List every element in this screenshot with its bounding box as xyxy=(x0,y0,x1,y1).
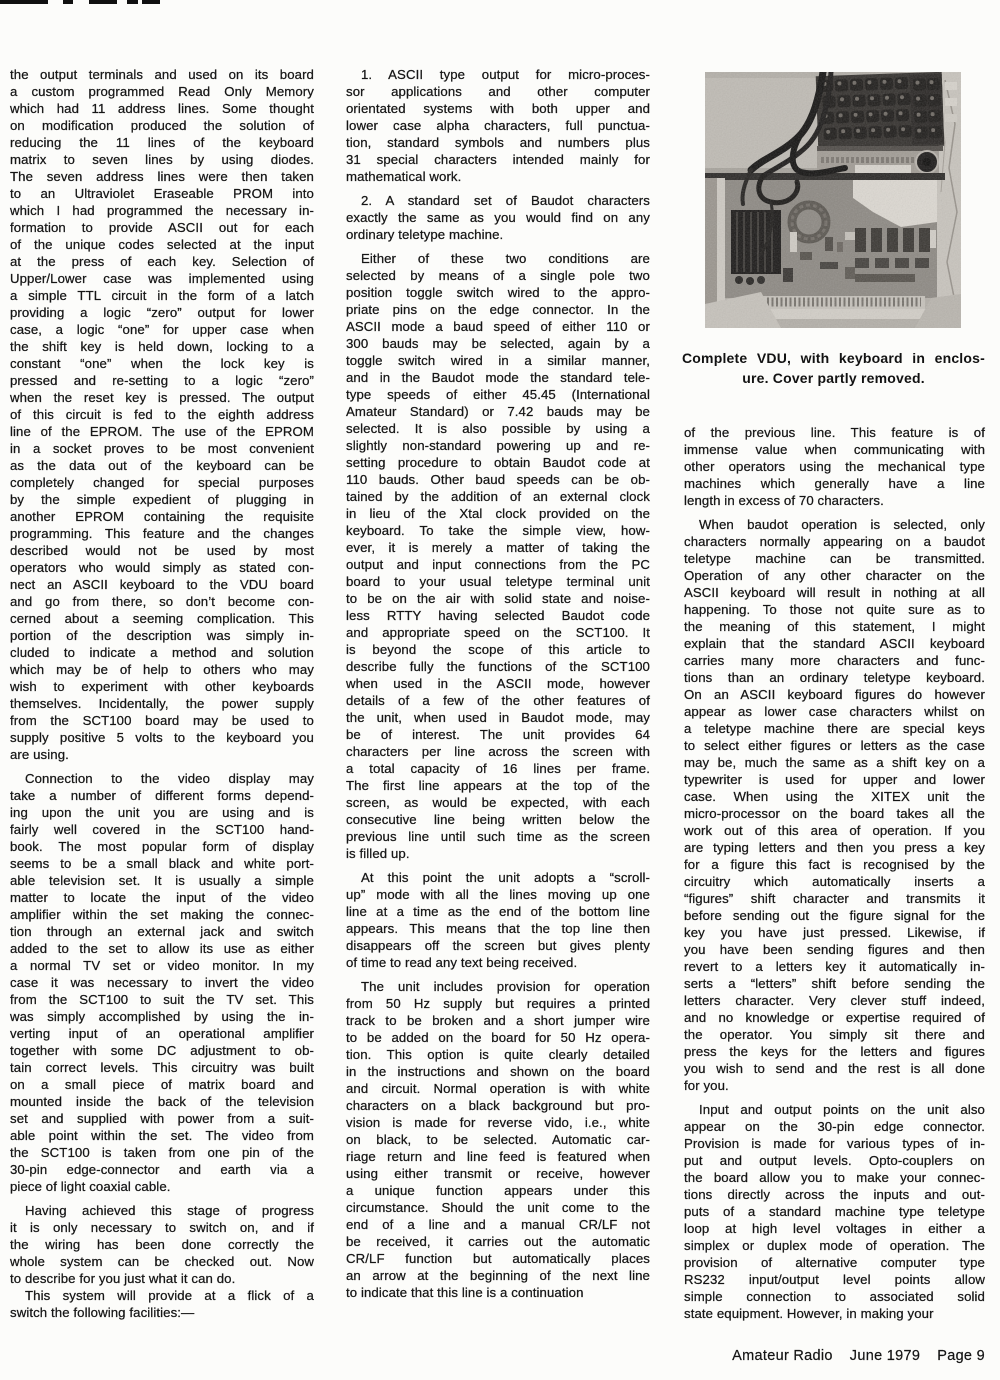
text-line: programming. This feature and the change… xyxy=(10,525,314,542)
text-line: ever, it is merely a matter of taking th… xyxy=(346,539,650,556)
paragraph: Input and output points on the unit also… xyxy=(684,1101,985,1322)
photo-grain xyxy=(705,72,961,328)
print-artifact xyxy=(127,0,138,4)
photo-caption: Complete VDU, with keyboard in enclos- u… xyxy=(682,348,985,388)
text-line: 2. A standard set of Baudot characters xyxy=(346,192,650,209)
text-line: together with some DC adjustment to ob- xyxy=(10,1042,314,1059)
text-line: toggle switch wired in a similar manner, xyxy=(346,352,650,369)
text-line: constant “one” when the lock key is xyxy=(10,355,314,372)
text-line: letters character. Very clever stuff ind… xyxy=(684,992,985,1009)
text-line: and appropriate speed on the SCT100. It xyxy=(346,624,650,641)
text-line: seems to be a small black and white port… xyxy=(10,855,314,872)
text-line: cluded to indicate a method and solution xyxy=(10,644,314,661)
text-line: be of interest. The unit provides 64 xyxy=(346,726,650,743)
text-line: set and supplied with power from a suit- xyxy=(10,1110,314,1127)
text-line: describe fully the functions of the SCT1… xyxy=(346,658,650,675)
text-line: whole system can be checked out. Now xyxy=(10,1253,314,1270)
text-line: tain correct levels. This circuitry was … xyxy=(10,1059,314,1076)
text-line: are using. xyxy=(10,746,314,763)
text-line: for you. xyxy=(684,1077,985,1094)
text-line: be received, it carries out the automati… xyxy=(346,1233,650,1250)
text-line: a normal TV set or video monitor. In my xyxy=(10,957,314,974)
text-line: output and input connections from the PC xyxy=(346,556,650,573)
text-line: on a small piece of matrix board and xyxy=(10,1076,314,1093)
print-artifact xyxy=(63,0,73,4)
text-line: keyboard. To take the simple view, how- xyxy=(346,522,650,539)
text-line: setting procedure to obtain Baudot code … xyxy=(346,454,650,471)
text-line: Having achieved this stage of progress xyxy=(10,1202,314,1219)
text-line: press the keys for the letters and figur… xyxy=(684,1043,985,1060)
text-line: it is only necessary to switch on, and i… xyxy=(10,1219,314,1236)
text-line: the operator. You simply sit there and xyxy=(684,1026,985,1043)
caption-line: ure. Cover partly removed. xyxy=(682,368,985,388)
text-line: the meaning of this statement, I might xyxy=(684,618,985,635)
text-line: a simple TTL circuit in the form of a la… xyxy=(10,287,314,304)
paragraph: Having achieved this stage of progressit… xyxy=(10,1202,314,1287)
text-line: track to be broken and a short jumper wi… xyxy=(346,1012,650,1029)
text-line: other operators using the mechanical typ… xyxy=(684,458,985,475)
text-line: CR/LF function but automatically places xyxy=(346,1250,650,1267)
text-line: Amateur Standard) or 7.42 bauds may be xyxy=(346,403,650,420)
text-line: vision is made for reverse vido, i.e., w… xyxy=(346,1114,650,1131)
text-line: When baudot operation is selected, only xyxy=(684,516,985,533)
print-artifact xyxy=(89,0,117,4)
text-line: on black, to be selected. Automatic car- xyxy=(346,1131,650,1148)
text-line: before sending out the figure signal for… xyxy=(684,907,985,924)
text-line: details of a few of the other features o… xyxy=(346,692,650,709)
paragraph: At this point the unit adopts a “scroll-… xyxy=(346,869,650,971)
text-line: switch the following facilities:— xyxy=(10,1304,314,1321)
text-line: up” mode with all the lines moving up on… xyxy=(346,886,650,903)
text-line: was simply accomplished by using the in- xyxy=(10,1008,314,1025)
text-line: loop at high level voltages in either a xyxy=(684,1220,985,1237)
text-line: tions than an ordinary teletype keyboard… xyxy=(684,669,985,686)
paragraph: 1. ASCII type output for micro-proces-so… xyxy=(346,66,650,185)
text-line: when used in the ASCII mode, however xyxy=(346,675,650,692)
text-line: On an ASCII keyboard figures do however xyxy=(684,686,985,703)
paragraph: Connection to the video display maytake … xyxy=(10,770,314,1195)
text-line: is filled up. xyxy=(346,845,650,862)
text-line: typewriter is used for upper and lower xyxy=(684,771,985,788)
text-line: Input and output points on the unit also xyxy=(684,1101,985,1118)
text-line: you have been sending figures and then xyxy=(684,941,985,958)
text-line: line at a time as the end of the bottom … xyxy=(346,903,650,920)
text-line: puts of a standard machine type teletype xyxy=(684,1203,985,1220)
text-line: priate pins on the edge connector. In th… xyxy=(346,301,650,318)
text-line: selected by means of a single pole two xyxy=(346,267,650,284)
print-artifact xyxy=(0,0,48,4)
text-line: riage return and line feed is featured w… xyxy=(346,1148,650,1165)
text-line: “figures” shift character and transmits … xyxy=(684,890,985,907)
text-line: immense value when communicating with xyxy=(684,441,985,458)
text-line: which may be of help to others who may xyxy=(10,661,314,678)
text-line: as the data out of the keyboard can be xyxy=(10,457,314,474)
text-line: by the simple expedient of plugging in xyxy=(10,491,314,508)
text-line: amplifier within the set making the conn… xyxy=(10,906,314,923)
text-line: able point within the set. The video fro… xyxy=(10,1127,314,1144)
text-line: characters on a black background but pro… xyxy=(346,1097,650,1114)
text-line: case. When using the XITEX unit the xyxy=(684,788,985,805)
paragraph: When baudot operation is selected, onlyc… xyxy=(684,516,985,1094)
text-line: simple connection to associated solid xyxy=(684,1288,985,1305)
text-line: you wish to send and the rest is all don… xyxy=(684,1060,985,1077)
text-line: lower case alpha characters, full punctu… xyxy=(346,117,650,134)
text-line: on modification produced the solution of xyxy=(10,117,314,134)
text-line: of this circuit is fed to the eighth add… xyxy=(10,406,314,423)
paragraph: This system will provide at a flick of a… xyxy=(10,1287,314,1321)
paragraph: 2. A standard set of Baudot charactersex… xyxy=(346,192,650,243)
text-line: and no knowledge or expertise required o… xyxy=(684,1009,985,1026)
text-line: disappears off the screen but gives plen… xyxy=(346,937,650,954)
text-line: formation to provide ASCII out for each xyxy=(10,219,314,236)
text-line: length in excess of 70 characters. xyxy=(684,492,985,509)
text-line: in a socket proves to be most convenient xyxy=(10,440,314,457)
text-line: for a figure this fact is recognised by … xyxy=(684,856,985,873)
text-line: mounted inside the back of the televisio… xyxy=(10,1093,314,1110)
text-line: exactly the same as you would find on an… xyxy=(346,209,650,226)
text-line: RS232 input/output level points allow xyxy=(684,1271,985,1288)
text-line: characters per line across the screen wi… xyxy=(346,743,650,760)
text-line: are typing letters and then you press a … xyxy=(684,839,985,856)
text-line: and in the Baudot mode the standard tele… xyxy=(346,369,650,386)
text-line: The seven address lines were then taken xyxy=(10,168,314,185)
text-line: ordinary teletype machine. xyxy=(346,226,650,243)
text-line: fairly well covered in the SCT100 hand- xyxy=(10,821,314,838)
text-line: which had 11 address lines. Some thought xyxy=(10,100,314,117)
text-line: portion of the description was simply in… xyxy=(10,627,314,644)
caption-line: Complete VDU, with keyboard in enclos- xyxy=(682,348,985,368)
text-line: teletype machine can be transmitted. xyxy=(684,550,985,567)
text-line: The first line appears at the top of the xyxy=(346,777,650,794)
text-line: put and output levels. Opto-couplers on xyxy=(684,1152,985,1169)
text-line: supply positive 5 volts to the keyboard … xyxy=(10,729,314,746)
text-line: matrix to seven lines by using diodes. xyxy=(10,151,314,168)
text-line: carries many more characters and func- xyxy=(684,652,985,669)
text-line: previous line until such time as the scr… xyxy=(346,828,650,845)
text-line: a teletype machine there are special key… xyxy=(684,720,985,737)
text-line: Upper/Lower case was implemented using xyxy=(10,270,314,287)
text-line: is beyond the scope of this article to xyxy=(346,641,650,658)
text-line: the board allow you to make your connec- xyxy=(684,1169,985,1186)
text-line: the shift key is held down, locking to a xyxy=(10,338,314,355)
text-line: added to the set to allow its use as eit… xyxy=(10,940,314,957)
text-line: screen, as would be expected, with each xyxy=(346,794,650,811)
vdu-photo-illustration xyxy=(705,72,961,328)
text-line: of time to read any text being received. xyxy=(346,954,650,971)
text-line: ASCII keyboard will result in nothing at… xyxy=(684,584,985,601)
text-line: 1. ASCII type output for micro-proces- xyxy=(346,66,650,83)
text-line: tions directly across the inputs and out… xyxy=(684,1186,985,1203)
text-line: sor applications and other computer xyxy=(346,83,650,100)
text-line: reducing the 11 lines of the keyboard xyxy=(10,134,314,151)
text-line: 300 bauds may be selected, again by a xyxy=(346,335,650,352)
text-line: key you have just pressed. Likewise, if xyxy=(684,924,985,941)
text-line: serts a “letters” shift before sending t… xyxy=(684,975,985,992)
magazine-page: the output terminals and used on its boa… xyxy=(0,0,1000,1380)
text-line: slightly non-standard powering up and re… xyxy=(346,437,650,454)
text-line: completely changed for special purposes xyxy=(10,474,314,491)
text-line: Connection to the video display may xyxy=(10,770,314,787)
text-line: another EPROM containing the requisite xyxy=(10,508,314,525)
text-line: themselves. Incidentally, the power supp… xyxy=(10,695,314,712)
text-line: able television set. It is usually a sim… xyxy=(10,872,314,889)
issue-date: June 1979 xyxy=(850,1348,920,1364)
text-line: cerned about a seeming complication. Thi… xyxy=(10,610,314,627)
text-line: micro-processor on the board takes all t… xyxy=(684,805,985,822)
text-column-3: of the previous line. This feature is of… xyxy=(684,424,985,1322)
text-line: which I had programmed the necessary in- xyxy=(10,202,314,219)
text-line: and circuit. Normal operation is with wh… xyxy=(346,1080,650,1097)
text-line: to be on the air with solid state and no… xyxy=(346,590,650,607)
text-line: in lieu of the Xtal clock provided on th… xyxy=(346,505,650,522)
vdu-photo xyxy=(705,72,961,328)
text-line: happening. To those not quite sure as to xyxy=(684,601,985,618)
text-line: appears. This means that the top line th… xyxy=(346,920,650,937)
text-line: operators who would simply as stated con… xyxy=(10,559,314,576)
text-line: Provision is made for various types of i… xyxy=(684,1135,985,1152)
page-number: Page 9 xyxy=(937,1348,985,1364)
text-line: book. The most popular form of display xyxy=(10,838,314,855)
text-line: case it was necessary to invert the vide… xyxy=(10,974,314,991)
text-line: to be added on the board for 50 Hz opera… xyxy=(346,1029,650,1046)
paragraph: the output terminals and used on its boa… xyxy=(10,66,314,763)
text-line: circumstance. Should the unit come to th… xyxy=(346,1199,650,1216)
text-line: the unit, when used in Baudot mode, may xyxy=(346,709,650,726)
text-line: the SCT100 is taken from one pin of the xyxy=(10,1144,314,1161)
text-line: from the SCT100 to suit the TV set. This xyxy=(10,991,314,1008)
text-line: providing a logic “zero” output for lowe… xyxy=(10,304,314,321)
text-line: nect an ASCII keyboard to the VDU board xyxy=(10,576,314,593)
text-line: may be, much the same as a shift key on … xyxy=(684,754,985,771)
text-line: 110 bauds. Other baud speeds can be ob- xyxy=(346,471,650,488)
text-line: the wiring has been done correctly the xyxy=(10,1236,314,1253)
text-line: to describe for you just what it can do. xyxy=(10,1270,314,1287)
text-line: work out of this area of operation. If y… xyxy=(684,822,985,839)
text-line: simplex or duplex mode of operation. The xyxy=(684,1237,985,1254)
page-footer: Amateur Radio June 1979 Page 9 xyxy=(732,1348,985,1364)
text-line: line of the EPROM. The use of the EPROM xyxy=(10,423,314,440)
text-line: appear on the 30-pin edge connector. xyxy=(684,1118,985,1135)
text-line: piece of light coaxial cable. xyxy=(10,1178,314,1195)
print-artifact xyxy=(142,0,160,4)
text-line: tion, standard symbols and numbers plus xyxy=(346,134,650,151)
text-line: at the press of each key. Selection of xyxy=(10,253,314,270)
text-line: using either transmit or receive, howeve… xyxy=(346,1165,650,1182)
text-line: position toggle switch wired to the appr… xyxy=(346,284,650,301)
text-line: a unique function appears under this xyxy=(346,1182,650,1199)
text-line: tion. This option is quite clearly detai… xyxy=(346,1046,650,1063)
text-line: when the reset key is pressed. The outpu… xyxy=(10,389,314,406)
text-line: matter to locate the input of the video xyxy=(10,889,314,906)
text-line: case, a logic “one” for upper case when xyxy=(10,321,314,338)
text-line: characters normally appearing on a baudo… xyxy=(684,533,985,550)
text-line: a total capacity of 16 lines per frame. xyxy=(346,760,650,777)
text-column-1: the output terminals and used on its boa… xyxy=(10,66,314,1321)
text-line: the output terminals and used on its boa… xyxy=(10,66,314,83)
text-line: machines which generally have a line xyxy=(684,475,985,492)
text-line: pressed and re-setting to a logic “zero” xyxy=(10,372,314,389)
text-line: 31 special characters intended mainly fo… xyxy=(346,151,650,168)
text-line: mathematical work. xyxy=(346,168,650,185)
text-line: from 50 Hz supply but requires a printed xyxy=(346,995,650,1012)
paragraph: The unit includes provision for operatio… xyxy=(346,978,650,1301)
text-column-2: 1. ASCII type output for micro-proces-so… xyxy=(346,66,650,1301)
text-line: in the instructions and shown on the boa… xyxy=(346,1063,650,1080)
text-line: type speeds of either 45.45 (Internation… xyxy=(346,386,650,403)
text-line: At this point the unit adopts a “scroll- xyxy=(346,869,650,886)
text-line: Operation of any other character on the xyxy=(684,567,985,584)
text-line: The unit includes provision for operatio… xyxy=(346,978,650,995)
text-line: Either of these two conditions are xyxy=(346,250,650,267)
text-line: ASCII mode a baud speed of either 110 or xyxy=(346,318,650,335)
text-line: appear as lower case characters whilst o… xyxy=(684,703,985,720)
text-line: less RTTY having selected Baudot code xyxy=(346,607,650,624)
text-line: board to your usual teletype terminal un… xyxy=(346,573,650,590)
text-line: orientated systems with both upper and xyxy=(346,100,650,117)
text-line: selected. It is also possible by using a xyxy=(346,420,650,437)
text-line: to select either figures or letters as t… xyxy=(684,737,985,754)
text-line: This system will provide at a flick of a xyxy=(10,1287,314,1304)
text-line: verting input of an operational amplifie… xyxy=(10,1025,314,1042)
text-line: to an Ultraviolet Eraseable PROM into xyxy=(10,185,314,202)
text-line: ing upon the unit you are using and is xyxy=(10,804,314,821)
text-line: consecutive line being written below the xyxy=(346,811,650,828)
paragraph: Either of these two conditions areselect… xyxy=(346,250,650,862)
text-line: a custom programmed Read Only Memory xyxy=(10,83,314,100)
text-line: explain that the standard ASCII keyboard xyxy=(684,635,985,652)
text-line: of the unique codes selected at the inpu… xyxy=(10,236,314,253)
text-line: provision of alternative computer type xyxy=(684,1254,985,1271)
text-line: an arrow at the beginning of the next li… xyxy=(346,1267,650,1284)
paragraph: of the previous line. This feature is of… xyxy=(684,424,985,509)
text-line: described would not be used by most xyxy=(10,542,314,559)
text-line: to indicate that this line is a continua… xyxy=(346,1284,650,1301)
text-line: and go from there, so don’t become con- xyxy=(10,593,314,610)
text-line: 30-pin edge-connector and earth via a xyxy=(10,1161,314,1178)
text-line: wish to experiment with other keyboards xyxy=(10,678,314,695)
text-line: revert to a letters key it automatically… xyxy=(684,958,985,975)
text-line: circuitry which automatically inserts a xyxy=(684,873,985,890)
text-line: tion through an external jack and switch xyxy=(10,923,314,940)
text-line: tained by the addition of an external cl… xyxy=(346,488,650,505)
text-line: from the SCT100 board may be used to xyxy=(10,712,314,729)
text-line: take a number of different forms depend- xyxy=(10,787,314,804)
text-line: state equipment. However, in making your xyxy=(684,1305,985,1322)
magazine-title: Amateur Radio xyxy=(732,1348,833,1364)
text-line: end of a line and a manual CR/LF not xyxy=(346,1216,650,1233)
text-line: of the previous line. This feature is of xyxy=(684,424,985,441)
